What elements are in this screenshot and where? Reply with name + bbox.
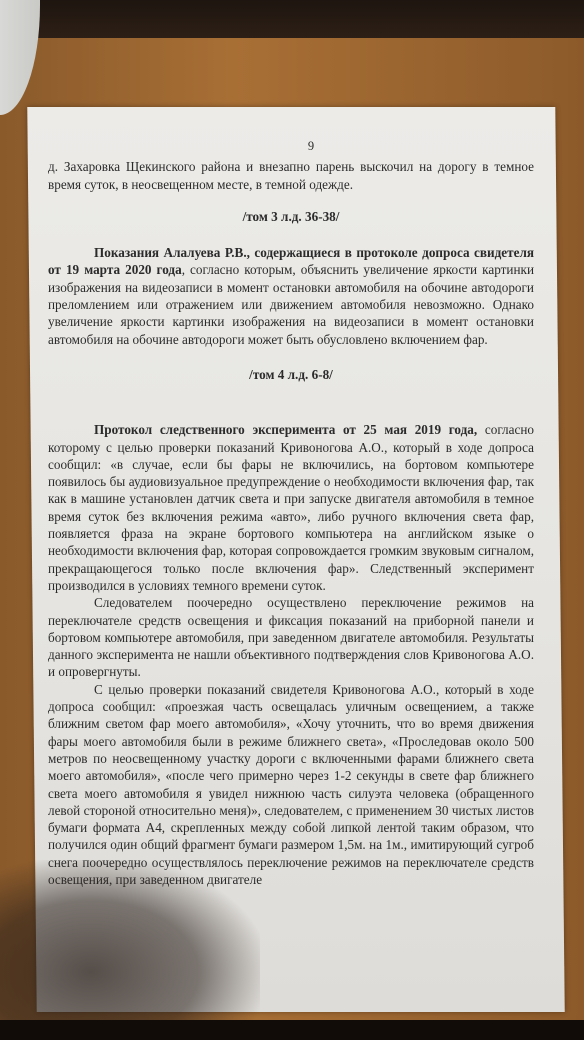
testimony-paragraph: Показания Алалуева Р.В., содержащиеся в …: [48, 244, 534, 348]
experiment-text: согласно которому с целью проверки показ…: [48, 422, 534, 593]
experiment-paragraph: Протокол следственного эксперимента от 2…: [48, 421, 534, 594]
background-bottom: [0, 1020, 584, 1040]
continuation-paragraph: д. Захаровка Щекинского района и внезапн…: [48, 158, 534, 193]
background-top: [0, 0, 584, 42]
witness-check-paragraph: С целью проверки показаний свидетеля Кри…: [48, 681, 534, 889]
investigator-paragraph: Следователем поочередно осуществлено пер…: [48, 594, 534, 680]
case-reference-2: /том 4 л.д. 6-8/: [48, 366, 534, 383]
experiment-heading: Протокол следственного эксперимента от 2…: [94, 422, 477, 437]
hand-shadow: [0, 860, 260, 1020]
case-reference-1: /том 3 л.д. 36-38/: [48, 208, 534, 225]
document-content: 9 д. Захаровка Щекинского района и внеза…: [48, 138, 534, 888]
page-number: 9: [88, 138, 534, 155]
